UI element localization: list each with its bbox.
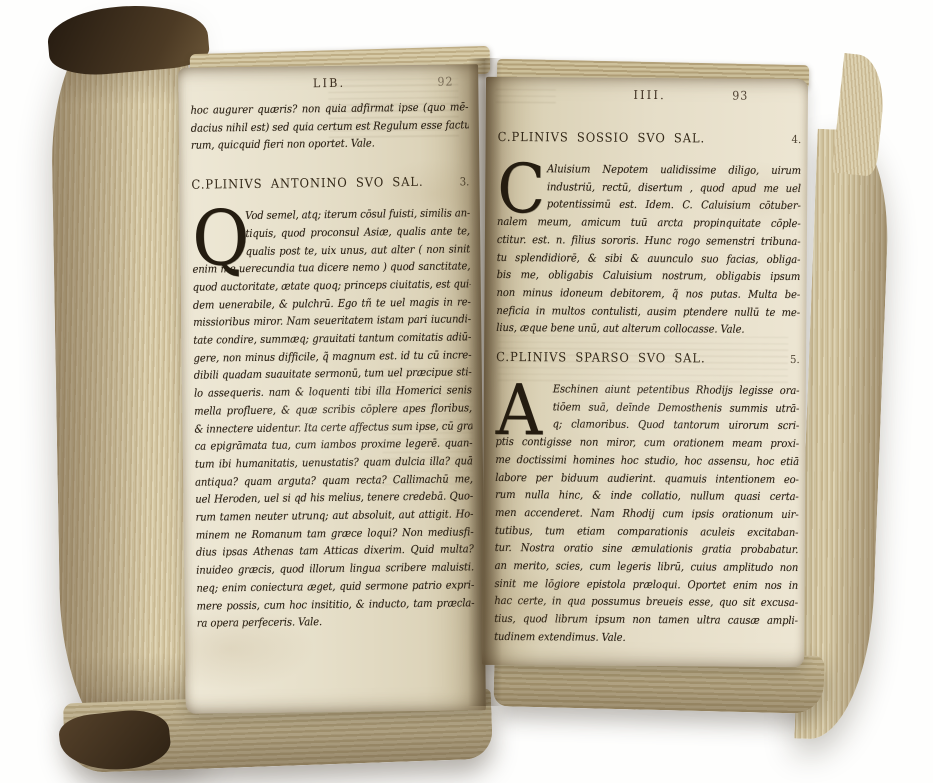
- text-line: tius, quod librum ipsum non tamen ultra …: [494, 610, 798, 630]
- text-line: labore per biduum audierint. quamuis int…: [495, 469, 799, 489]
- text-line: ra opera perfeceris. Vale.: [197, 612, 475, 633]
- letter-heading-row: C.PLINIVS SOSSIO SVO SAL. 4.: [498, 129, 802, 146]
- letter-heading: C.PLINIVS SPARSO SVO SAL.: [496, 349, 706, 365]
- running-head: LIB. 92: [190, 74, 468, 93]
- running-head-title: LIB.: [313, 76, 346, 90]
- left-page: LIB. 92 hoc augurer quæris? non quia adf…: [178, 64, 486, 714]
- page-number: 92: [437, 74, 453, 88]
- letter-heading-row: C.PLINIVS SPARSO SVO SAL. 5.: [496, 349, 800, 366]
- previous-letter-end: hoc augurer quæris? non quia adfirmat ip…: [190, 98, 468, 154]
- text-line: tutibus, tum etiam comparationis aculeis…: [495, 522, 799, 542]
- text-line: tu splendidiorē, & sibi & auunculo suo f…: [497, 248, 801, 268]
- letter-number: 5.: [790, 353, 800, 366]
- text-line: men accenderet. Nam Rhodij cum ipsis ora…: [495, 504, 799, 524]
- text-line: sinit me lōgiore epistola præloqui. Opor…: [494, 575, 798, 595]
- drop-cap-initial: Q: [192, 207, 250, 270]
- right-page-content: IIII. 93 C.PLINIVS SOSSIO SVO SAL. 4. C …: [494, 87, 801, 648]
- letter-body: A Eschinen aiunt petentibus Rhodijs legi…: [494, 380, 799, 648]
- fore-edge-right: [794, 129, 891, 741]
- letter-heading-row: C.PLINIVS ANTONINO SVO SAL. 3.: [191, 173, 469, 191]
- text-line: mere possis, cum hoc insititio, & induct…: [197, 594, 475, 615]
- text-line: tur. Nostra oratio sine æmulationis grat…: [495, 539, 799, 559]
- text-line: lius, æque bene unū, aut alterum colloca…: [496, 319, 800, 339]
- letter-number: 4.: [792, 133, 802, 146]
- left-page-content: LIB. 92 hoc augurer quæris? non quia adf…: [190, 74, 475, 632]
- text-line: bis me, obligabis Caluisium nostrum, obl…: [497, 266, 801, 286]
- text-line: tudinem extendimus. Vale.: [494, 628, 798, 648]
- letter-number: 3.: [460, 175, 470, 188]
- letter-heading: C.PLINIVS ANTONINO SVO SAL.: [191, 174, 423, 192]
- letter-body: Q Vod semel, atq; iterum cōsul fuisti, s…: [192, 204, 475, 632]
- right-page: IIII. 93 C.PLINIVS SOSSIO SVO SAL. 4. C …: [482, 77, 808, 667]
- text-line: rum, quicquid fieri non oportet. Vale.: [191, 134, 469, 155]
- text-line: hac certe, in qua possumus breueis esse,…: [494, 592, 798, 612]
- drop-cap-initial: C: [497, 162, 545, 218]
- letter-body: C Aluisium Nepotem ualidissime diligo, u…: [496, 160, 801, 339]
- drop-cap-initial: A: [496, 382, 543, 440]
- running-head: IIII. 93: [498, 87, 802, 105]
- text-line: rum nulla hinc, & inde collatio, nullum …: [495, 486, 799, 506]
- text-line: ctitur. est. n. filius sororis. Hunc rog…: [497, 231, 801, 251]
- letter-heading: C.PLINIVS SOSSIO SVO SAL.: [498, 129, 706, 145]
- text-line: non minus idoneum debitorem, q̃ nos puta…: [496, 284, 800, 304]
- text-line: an merito, scies, cum legeris librū, cui…: [495, 557, 799, 577]
- book-photo: LIB. 92 hoc augurer quæris? non quia adf…: [0, 0, 933, 783]
- fore-edge-right-top: [832, 53, 888, 177]
- running-head-title: IIII.: [633, 88, 666, 102]
- text-line: me doctissimi homines hoc studio, hoc as…: [495, 451, 799, 471]
- text-line: neficia in multos contulisti, ausim pten…: [496, 302, 800, 322]
- page-number: 93: [732, 89, 748, 103]
